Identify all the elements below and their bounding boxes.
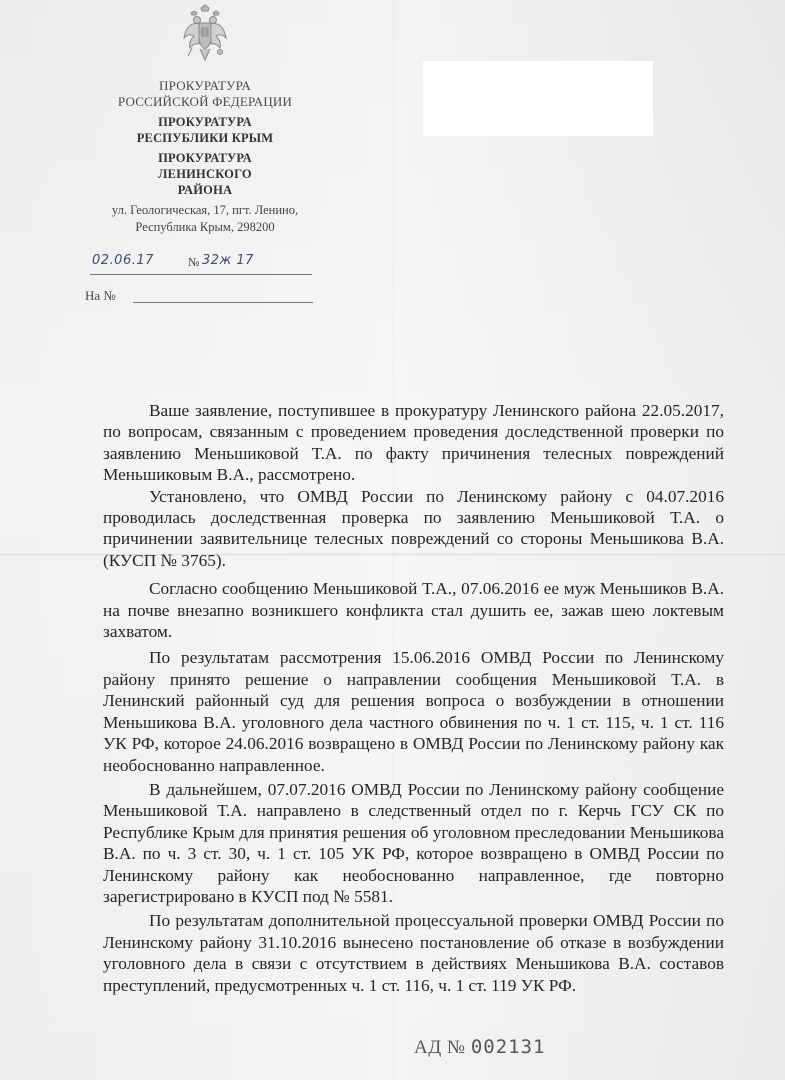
- number-sign: №: [188, 255, 199, 270]
- form-series-number: АД № 002131: [414, 1036, 545, 1059]
- org-district-line-1: ПРОКУРАТУРА: [80, 150, 330, 166]
- paragraph-results-1: По результатам рассмотрения 15.06.2016 О…: [103, 647, 724, 775]
- reply-to-label: На №: [85, 288, 116, 304]
- paragraph-results-2: По результатам дополнительной процессуал…: [103, 910, 724, 996]
- org-ru-line-1: ПРОКУРАТУРА: [80, 78, 330, 94]
- outgoing-number: 32ж 17: [202, 253, 254, 268]
- org-district-line-2: ЛЕНИНСКОГО: [80, 166, 330, 182]
- org-district-line-3: РАЙОНА: [80, 182, 330, 198]
- paragraph-statement: Согласно сообщению Меньшиковой Т.А., 07.…: [103, 578, 724, 642]
- reply-to-field: [133, 302, 313, 303]
- org-region-line-1: ПРОКУРАТУРА: [80, 114, 330, 130]
- paragraph-established: Установлено, что ОМВД России по Ленинско…: [103, 486, 724, 572]
- address-line-1: ул. Геологическая, 17, пгт. Ленино,: [80, 202, 330, 219]
- redacted-recipient-block: [423, 61, 653, 136]
- org-ru-line-2: РОССИЙСКОЙ ФЕДЕРАЦИИ: [80, 94, 330, 110]
- series-number: 002131: [471, 1036, 546, 1058]
- paragraph-intro: Ваше заявление, поступившее в прокуратур…: [103, 400, 724, 486]
- address-line-2: Республика Крым, 298200: [80, 219, 330, 236]
- outgoing-date: 02.06.17: [92, 253, 154, 268]
- russian-coat-of-arms-icon: [182, 4, 228, 64]
- letterhead: ПРОКУРАТУРА РОССИЙСКОЙ ФЕДЕРАЦИИ ПРОКУРА…: [80, 4, 330, 236]
- paragraph-further: В дальнейшем, 07.07.2016 ОМВД России по …: [103, 779, 724, 907]
- outgoing-reference: 02.06.17 № 32ж 17: [90, 250, 312, 275]
- org-region-line-2: РЕСПУБЛИКИ КРЫМ: [80, 130, 330, 146]
- series-label: АД №: [414, 1037, 466, 1058]
- letter-body: Ваше заявление, поступившее в прокуратур…: [103, 400, 724, 996]
